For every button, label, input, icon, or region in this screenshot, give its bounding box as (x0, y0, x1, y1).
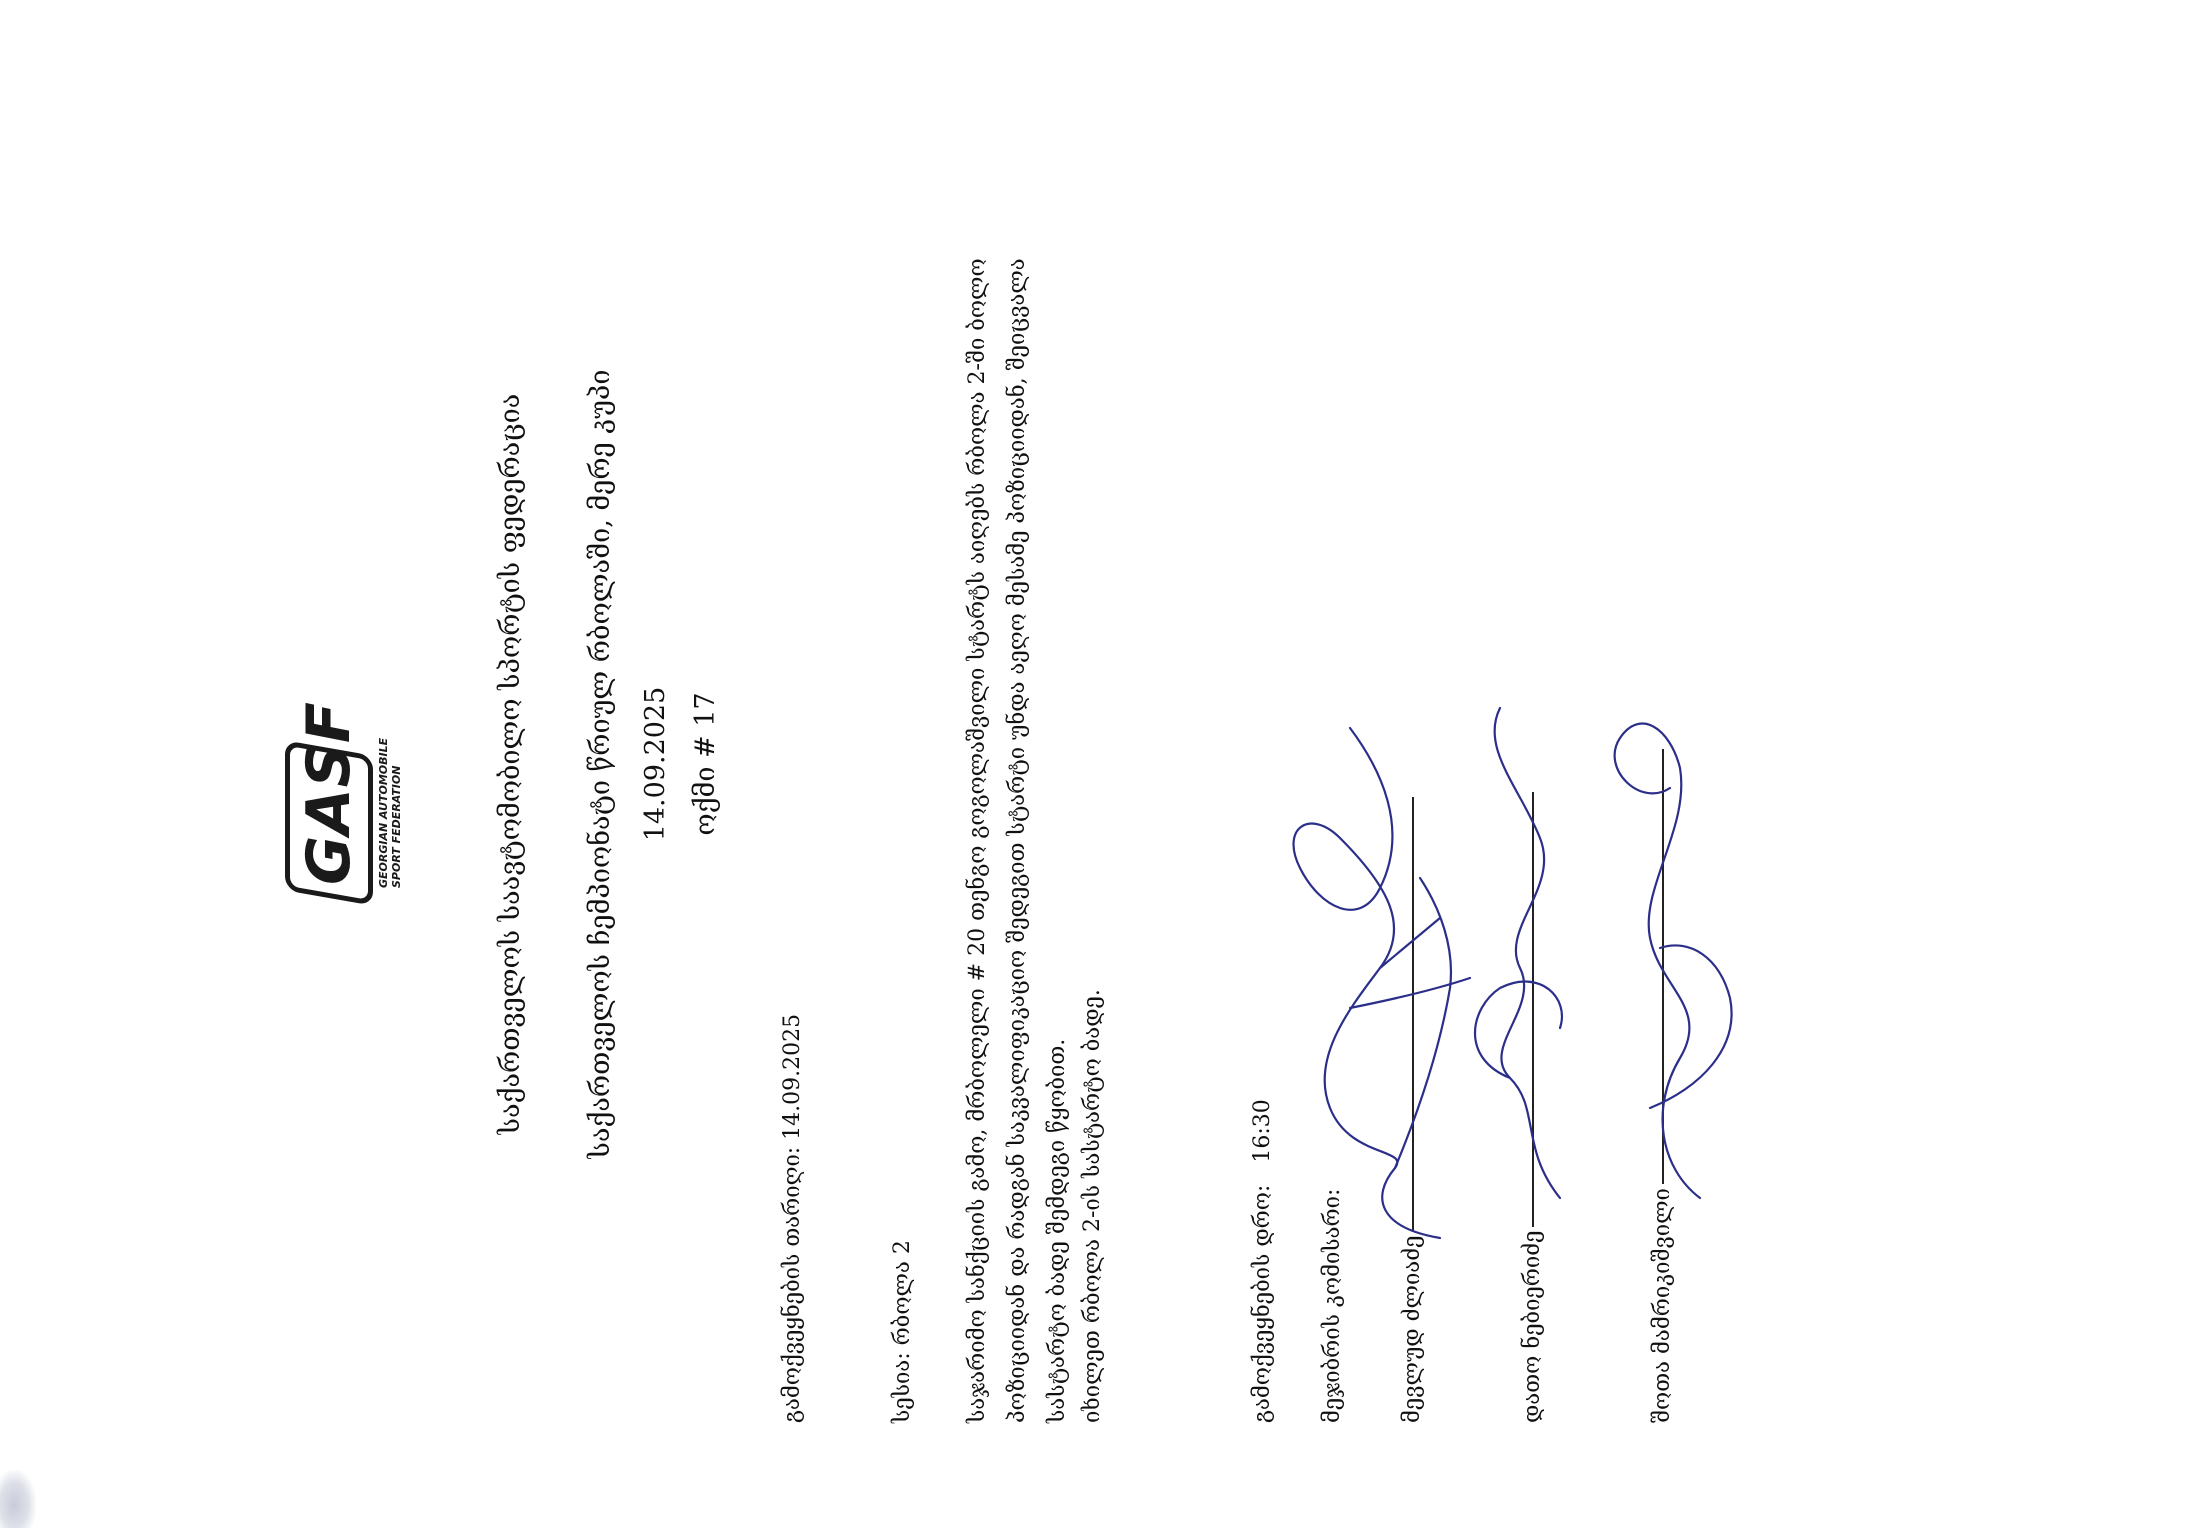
event-title: საქართველოს ჩემპიონატი წრიულ რბოლაში, მე… (585, 0, 616, 1528)
signature-line (1662, 749, 1664, 1184)
logo-badge: GASF (285, 740, 373, 906)
document-number: ოქმი # 17 (690, 0, 721, 1528)
signatory-row: დათო ნებიერიძე (1520, 792, 1545, 1423)
publication-time-label: გამოქვეყნების დრო: (1250, 1185, 1275, 1423)
body-line: იხილეთ რბოლა 2-ის სასტარტო ბადე. (1080, 989, 1105, 1423)
body-line: სასტარტო ბადე შემდეგი წყობით. (1045, 1039, 1070, 1423)
session-label: სესია: რბოლა 2 (890, 1240, 915, 1423)
body-line: პოზიციიდან და რადგან საკვალიფიკაციო შედე… (1005, 258, 1030, 1423)
signatory-name: შოთა მამრიკიშვილი (1650, 1188, 1675, 1423)
logo-mark: GASF (294, 701, 364, 885)
publication-time-value: 16:30 (1250, 1099, 1275, 1162)
commissioners-label: მეჯიბრის კომისარი: (1320, 1189, 1345, 1423)
publication-date: გამოქვეყნების თარიღი: 14.09.2025 (780, 1014, 805, 1423)
signatory-name: დათო ნებიერიძე (1520, 1231, 1545, 1423)
signatory-row: შოთა მამრიკიშვილი (1650, 749, 1675, 1423)
document-date: 14.09.2025 (640, 0, 671, 1528)
scan-artifact (0, 1470, 36, 1528)
organization-title: საქართველოს საავტომობილო სპორტის ფედერაც… (495, 0, 526, 1528)
gasf-logo: GASF GEORGIAN AUTOMOBILE SPORT FEDERATIO… (285, 668, 380, 898)
publication-time: გამოქვეყნების დრო:16:30 (1250, 1099, 1275, 1423)
signature-line (1532, 792, 1534, 1227)
signature-line (1412, 797, 1414, 1232)
logo-subtitle: GEORGIAN AUTOMOBILE SPORT FEDERATION (377, 668, 403, 888)
signatory-row: მევლუდ ძლიაძე (1400, 797, 1425, 1423)
signatory-name: მევლუდ ძლიაძე (1400, 1236, 1425, 1423)
body-line: საჯარიმო სანქციის გამო, მრბოლელი # 20 თე… (965, 258, 990, 1423)
document-page: GASF GEORGIAN AUTOMOBILE SPORT FEDERATIO… (0, 0, 2208, 1528)
